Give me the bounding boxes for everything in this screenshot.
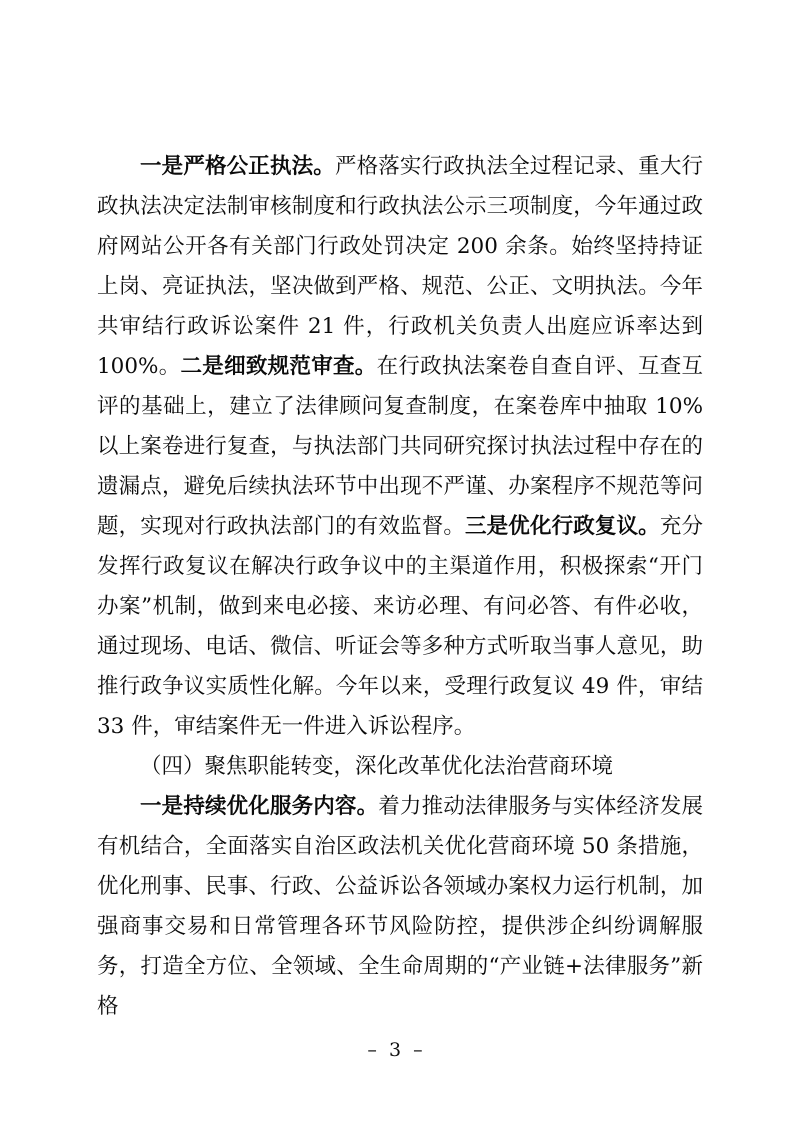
text-run: 充分发挥行政复议在解决行政争议中的主渠道作用，积极探索“开门办案”机制，做到来电…: [97, 514, 703, 739]
section-heading: （四）聚焦职能转变，深化改革优化法治营商环境: [97, 747, 703, 787]
run-in-heading-4: 一是持续优化服务内容。: [140, 794, 378, 819]
text-run: 着力推动法律服务与实体经济发展有机结合，全面落实自治区政法机关优化营商环境 50…: [97, 794, 703, 1019]
paragraph-business-environment: 一是持续优化服务内容。着力推动法律服务与实体经济发展有机结合，全面落实自治区政法…: [97, 787, 703, 1027]
section-heading-text: （四）聚焦职能转变，深化改革优化法治营商环境: [140, 754, 613, 779]
paragraph-law-enforcement: 一是严格公正执法。严格落实行政执法全过程记录、重大行政执法决定法制审核制度和行政…: [97, 147, 703, 747]
document-page: 一是严格公正执法。严格落实行政执法全过程记录、重大行政执法决定法制审核制度和行政…: [0, 0, 793, 1122]
text-run: 在行政执法案卷自查自评、互查互评的基础上，建立了法律顾问复查制度，在案卷库中抽取…: [97, 354, 703, 539]
document-body: 一是严格公正执法。严格落实行政执法全过程记录、重大行政执法决定法制审核制度和行政…: [97, 147, 703, 1027]
run-in-heading-1: 一是严格公正执法。: [140, 154, 335, 179]
page-number: – 3 –: [0, 1036, 793, 1064]
text-run: 严格落实行政执法全过程记录、重大行政执法决定法制审核制度和行政执法公示三项制度，…: [97, 154, 703, 379]
run-in-heading-2: 二是细致规范审查。: [181, 354, 377, 379]
run-in-heading-3: 三是优化行政复议。: [465, 514, 660, 539]
